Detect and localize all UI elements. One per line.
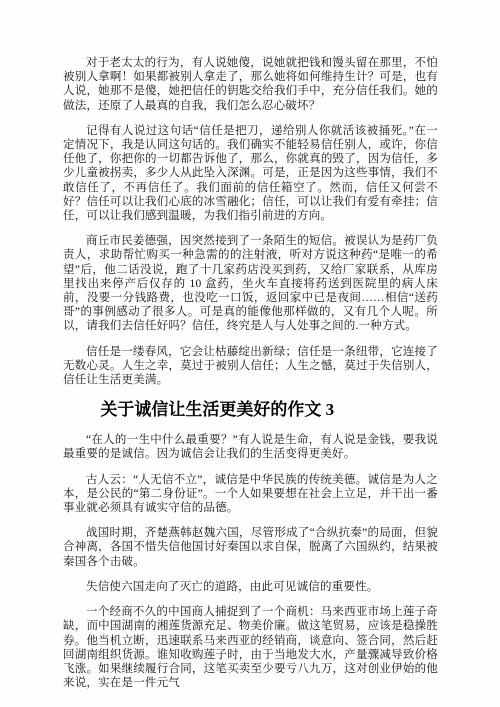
paragraph-trust-spring-breeze: 信任是一缕春风，它会让枯藤绽出新绿；信任是一条纽带，它连接了无数心灵。人生之幸，… [63, 345, 438, 388]
essay-title-heading: 关于诚信让生活更美好的作文 3 [63, 398, 438, 421]
paragraph-old-lady-behavior: 对于老太太的行为，有人说她傻，说她就把钱和馒头留在那里，不怕被别人拿啊！如果都被… [63, 56, 438, 113]
paragraph-trust-is-a-knife: 记得有人说过这句话“信任是把刀，递给别人你就活该被捅死。”在一定情况下，我是认同… [63, 124, 438, 223]
paragraph-loss-of-trust-doom: 失信使六国走向了灭亡的道路，由此可见诚信的重要性。 [63, 580, 438, 594]
paragraph-ancient-saying-integrity: 古人云：“人无信不立”，诚信是中华民族的传统美德。诚信是为人之本，是公民的“第二… [63, 473, 438, 516]
paragraph-lotus-seed-merchant: 一个经商不久的中国商人捕捉到了一个商机：马来西亚市场上莲子奇缺，而中国湖南的湘莲… [63, 605, 438, 690]
document-page: 对于老太太的行为，有人说她傻，说她就把钱和馒头留在那里，不怕被别人拿啊！如果都被… [0, 0, 500, 707]
paragraph-most-important-in-life: “在人的一生中什么最重要？”有人说是生命，有人说是金钱，要我说最重要的是诚信。因… [63, 433, 438, 461]
paragraph-medicine-delivery-story: 商丘市民姜德强，因突然接到了一条陌生的短信。被误认为是药厂负责人，求助帮忙购买一… [63, 234, 438, 333]
paragraph-warring-states-six-kingdoms: 战国时期，齐楚燕韩赵魏六国，尽管形成了“合纵抗秦”的局面，但貌合神离，各国不惜失… [63, 526, 438, 569]
